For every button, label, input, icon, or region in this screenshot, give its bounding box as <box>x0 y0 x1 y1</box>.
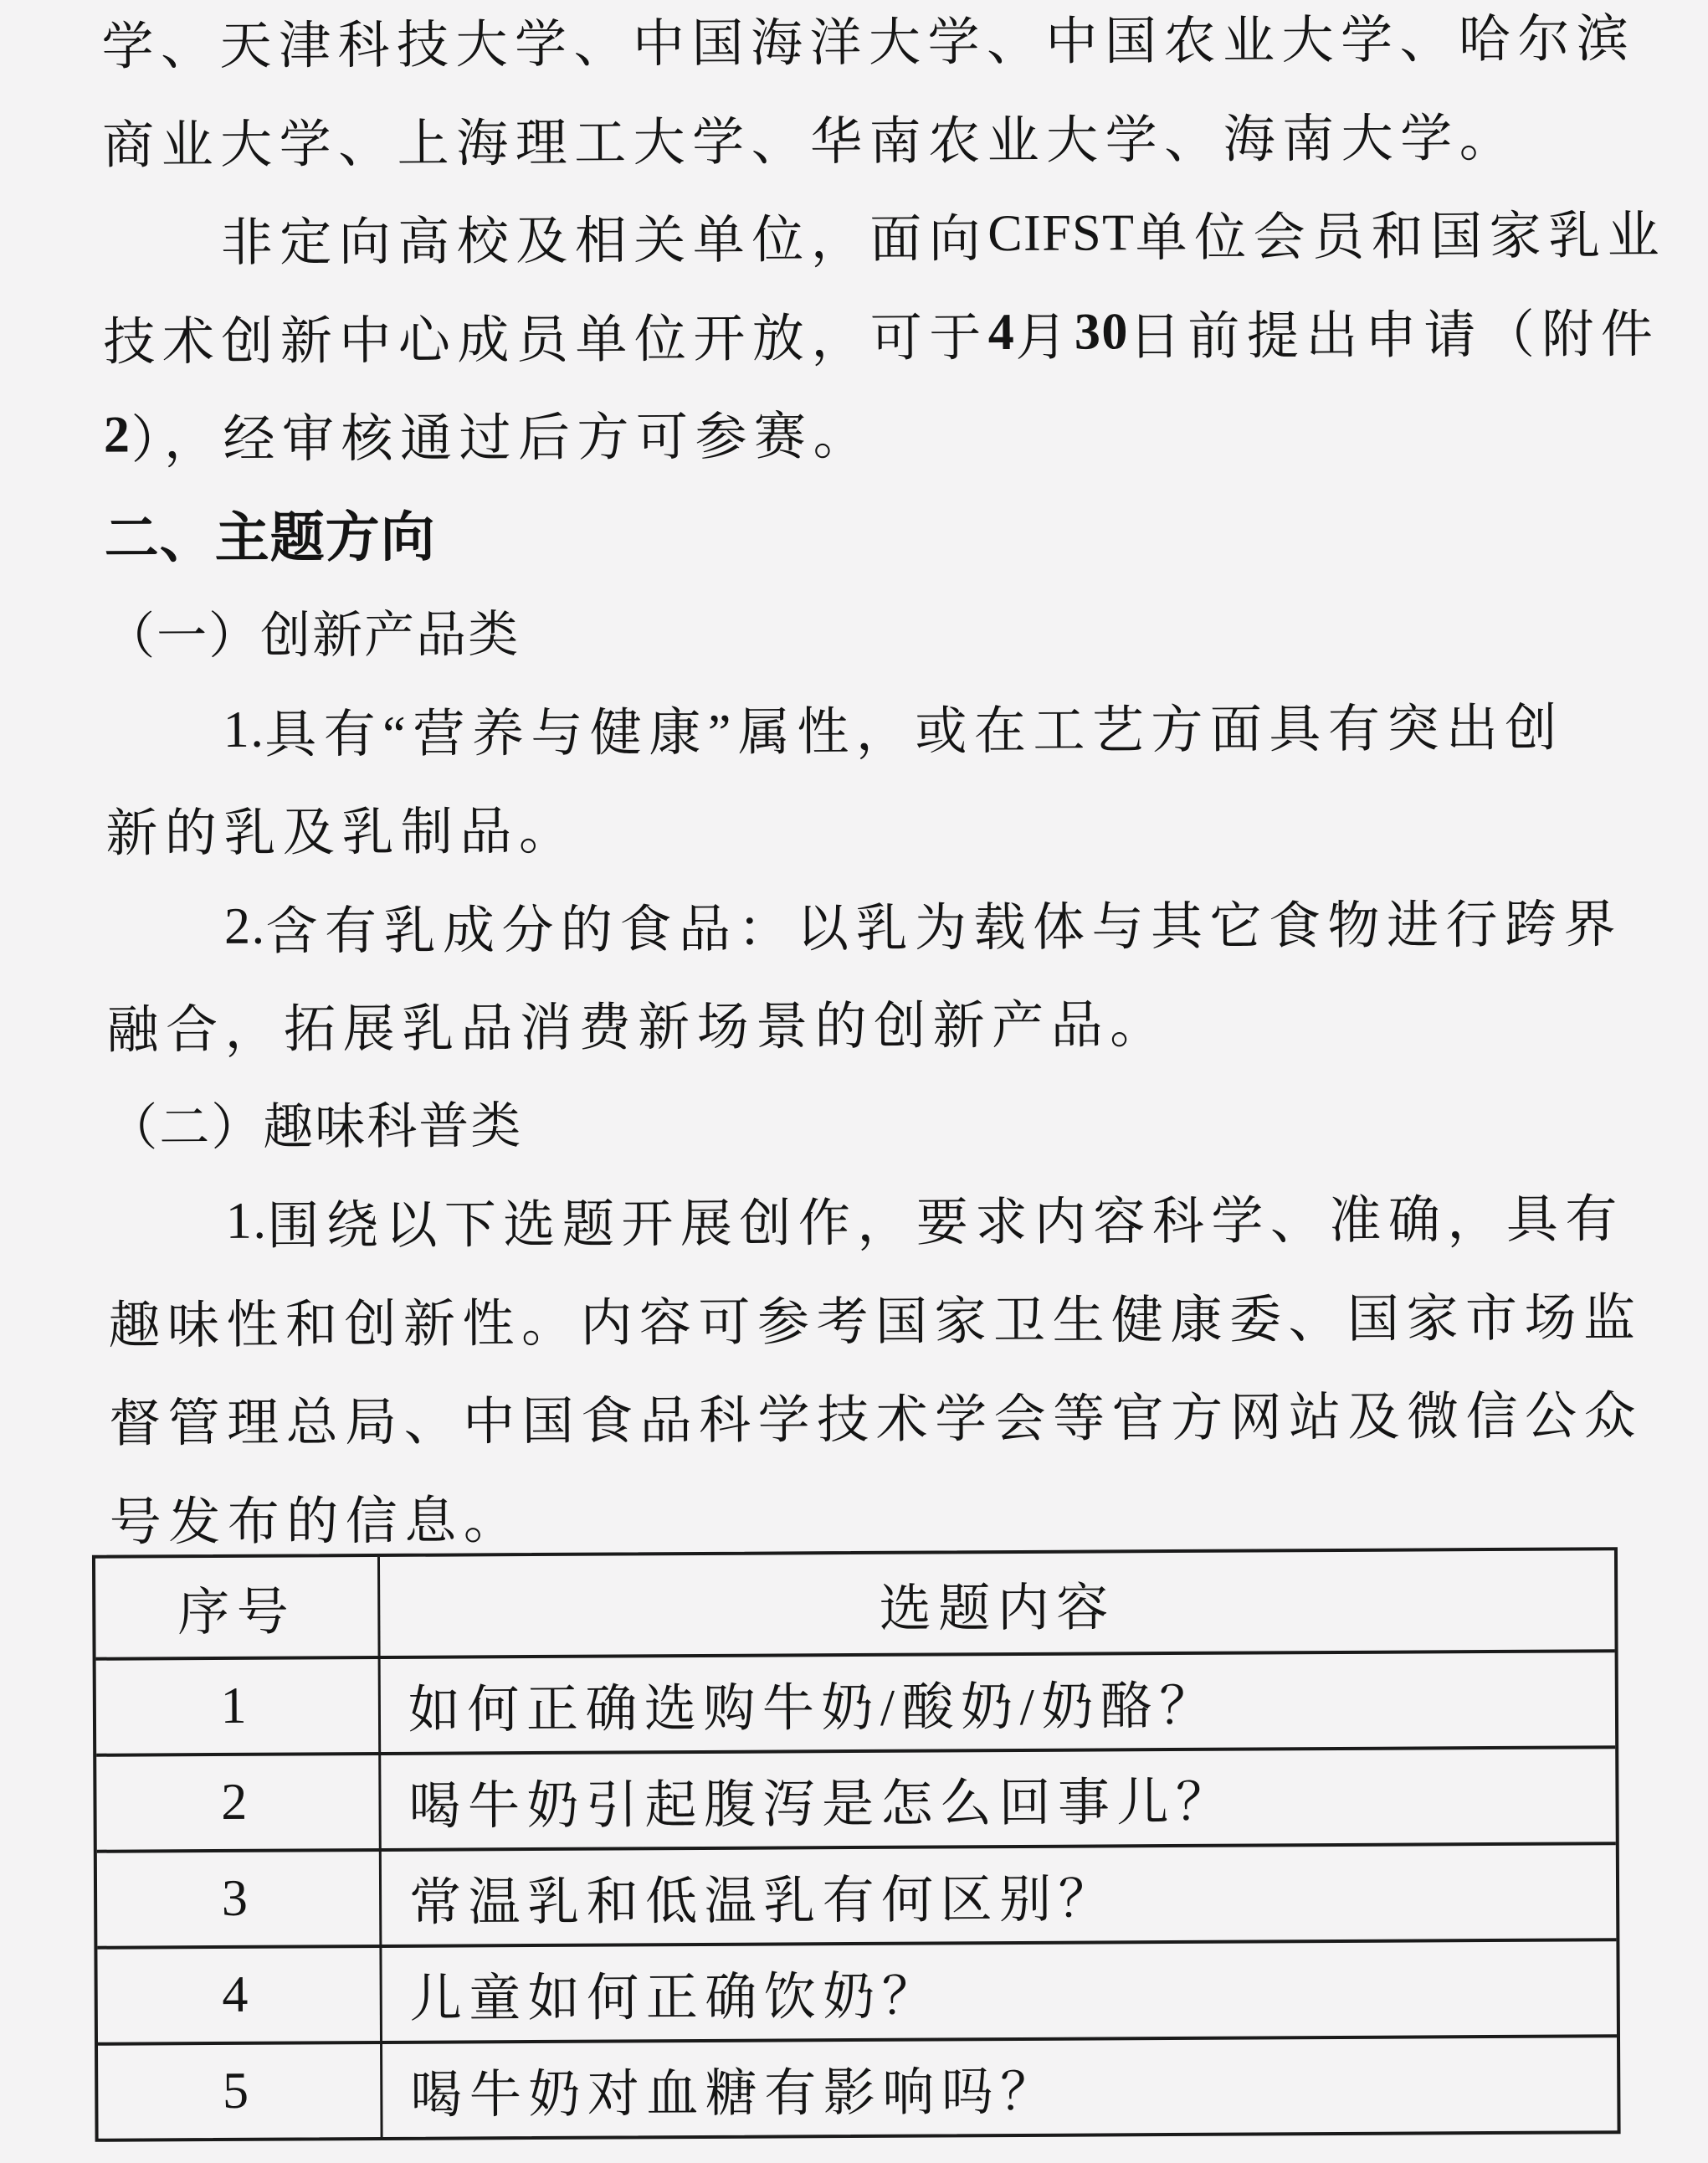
text-run: ），经审核通过后方可参赛。 <box>131 394 872 473</box>
sub-heading: （一）创新产品类 <box>105 575 1648 681</box>
text-run: 督管理总局、中国食品科学技术学会等官方网站及微信公众 <box>109 1374 1643 1457</box>
table-row: 1 如何正确选购牛奶/酸奶/奶酪？ <box>96 1649 1616 1754</box>
paragraph-line: 商业大学、上海理工大学、华南农业大学、海南大学。 <box>102 84 1645 190</box>
row-content-cell: 如何正确选购牛奶/酸奶/奶酪？ <box>381 1652 1616 1752</box>
text-run: 含有乳成分的食品：以乳为载体与其它食物进行跨界 <box>265 882 1623 963</box>
text-run: 30 <box>1075 302 1129 362</box>
paragraph-line: 非定向高校及相关单位，面向CIFST单位会员和国家乳业 <box>102 182 1645 288</box>
row-number-cell: 1 <box>96 1659 382 1754</box>
row-number-cell: 3 <box>97 1852 382 1946</box>
section-heading: 二、主题方向 <box>104 477 1647 583</box>
text-run: 趣味性和创新性。内容可参考国家卫生健康委、国家市场监 <box>108 1276 1642 1359</box>
text-run: 具有“营养与健康”属性，或在工艺方面具有突出创 <box>264 686 1564 767</box>
paragraph-line: 学、天津科技大学、中国海洋大学、中国农业大学、哈尔滨 <box>101 0 1644 91</box>
text-run: 单位会员和国家乳业 <box>1135 193 1666 270</box>
text-run: 1. <box>223 700 265 759</box>
text-run: 2 <box>104 406 131 465</box>
document-body: 学、天津科技大学、中国海洋大学、中国农业大学、哈尔滨商业大学、上海理工大学、华南… <box>101 0 1652 1567</box>
table-row: 4 儿童如何正确饮奶？ <box>97 1938 1617 2042</box>
row-content-cell: 儿童如何正确饮奶？ <box>382 1941 1617 2041</box>
text-run: 号发布的信息。 <box>109 1478 522 1555</box>
paragraph-line: 融合，拓展乳品消费新场景的创新产品。 <box>106 968 1649 1075</box>
paragraph-line: 趣味性和创新性。内容可参考国家卫生健康委、国家市场监 <box>108 1264 1651 1370</box>
document-page: 学、天津科技大学、中国海洋大学、中国农业大学、哈尔滨商业大学、上海理工大学、华南… <box>0 0 1708 2163</box>
text-run: 1. <box>226 1192 268 1251</box>
topics-table: 序号 选题内容 1 如何正确选购牛奶/酸奶/奶酪？ 2 喝牛奶引起腹泻是怎么回事… <box>92 1547 1621 2142</box>
text-run: 学、天津科技大学、中国海洋大学、中国农业大学、哈尔滨 <box>101 0 1635 80</box>
text-run: 技术创新中心成员单位开放，可于 <box>103 295 988 375</box>
row-content-cell: 喝牛奶引起腹泻是怎么回事儿？ <box>381 1749 1616 1848</box>
header-cell-no: 序号 <box>95 1557 381 1657</box>
text-run: 融合，拓展乳品消费新场景的创新产品。 <box>106 983 1168 1063</box>
paragraph-line: 2），经审核通过后方可参赛。 <box>104 378 1647 485</box>
text-run: （一）创新产品类 <box>105 594 520 669</box>
sub-heading: （二）趣味科普类 <box>107 1067 1650 1174</box>
paragraph-line: 1. 具有“营养与健康”属性，或在工艺方面具有突出创 <box>105 674 1648 780</box>
text-run: 围绕以下选题开展创作，要求内容科学、准确，具有 <box>267 1177 1624 1258</box>
paragraph-line: 2. 含有乳成分的食品：以乳为载体与其它食物进行跨界 <box>106 871 1649 977</box>
paragraph-line: 督管理总局、中国食品科学技术学会等官方网站及微信公众 <box>109 1362 1652 1468</box>
row-content-cell: 喝牛奶对血糖有影响吗？ <box>382 2037 1618 2137</box>
table-row: 2 喝牛奶引起腹泻是怎么回事儿？ <box>96 1745 1616 1850</box>
paragraph-line: 技术创新中心成员单位开放，可于4月30日前提出申请（附件 <box>103 280 1646 387</box>
row-number-cell: 5 <box>98 2044 383 2139</box>
row-number-cell: 4 <box>97 1948 382 2042</box>
text-run: 非定向高校及相关单位，面向 <box>220 197 987 275</box>
text-run: 商业大学、上海理工大学、华南农业大学、海南大学。 <box>102 96 1518 178</box>
text-run: CIFST <box>987 203 1136 264</box>
row-number-cell: 2 <box>96 1755 382 1850</box>
paragraph-line: 新的乳及乳制品。 <box>105 772 1649 878</box>
table-row: 3 常温乳和低温乳有何区别？ <box>97 1842 1617 1946</box>
text-run: （二）趣味科普类 <box>107 1086 522 1160</box>
text-run: 2. <box>224 897 266 956</box>
table-header-row: 序号 选题内容 <box>95 1550 1615 1657</box>
text-run: 月 <box>1015 295 1075 369</box>
row-content-cell: 常温乳和低温乳有何区别？ <box>382 1845 1617 1945</box>
text-run: 新的乳及乳制品。 <box>105 789 577 866</box>
header-cell-content: 选题内容 <box>380 1550 1615 1656</box>
text-run: 4 <box>988 303 1016 362</box>
text-run: 日前提出申请（附件 <box>1129 292 1660 369</box>
paragraph-line: 1. 围绕以下选题开展创作，要求内容科学、准确，具有 <box>108 1165 1651 1272</box>
text-run: 二、主题方向 <box>104 493 436 573</box>
table-row: 5 喝牛奶对血糖有影响吗？ <box>98 2034 1618 2139</box>
